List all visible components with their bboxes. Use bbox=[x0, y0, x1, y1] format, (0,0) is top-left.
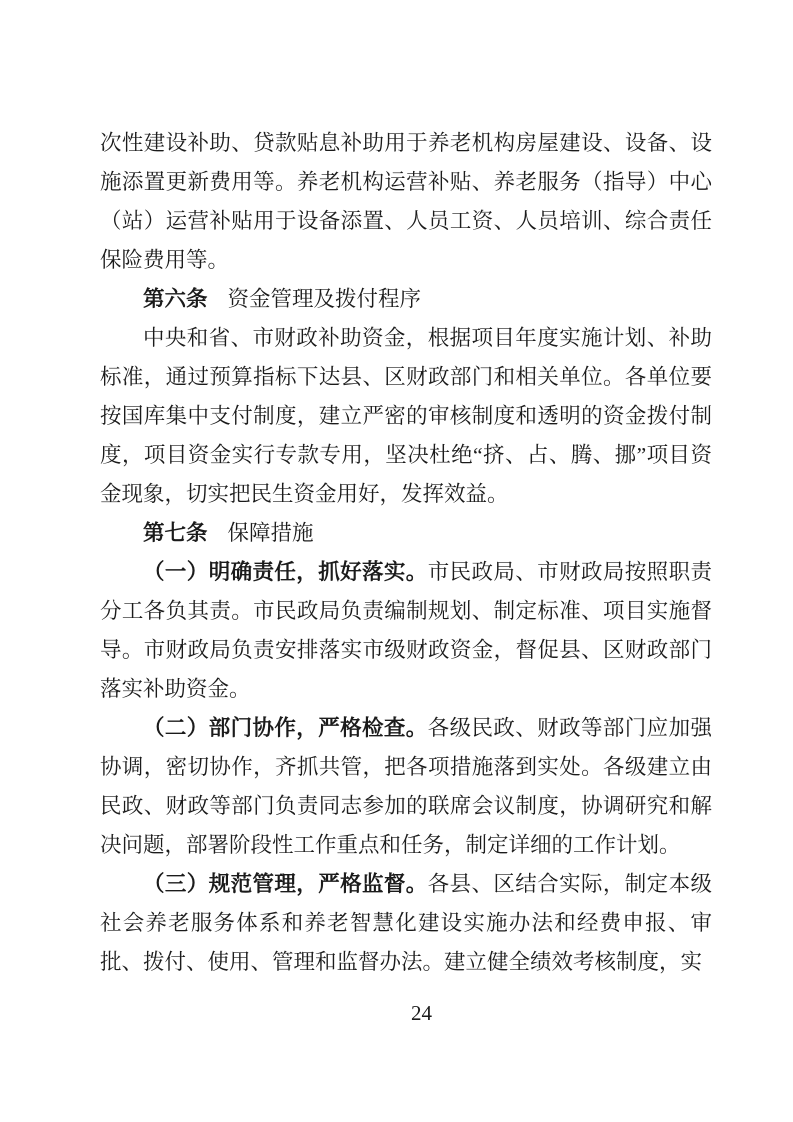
paragraph-text: 保障措施 bbox=[228, 521, 314, 545]
body-paragraph: （二）部门协作，严格检查。各级民政、财政等部门应加强协调，密切协作，齐抓共管，把… bbox=[100, 709, 712, 865]
body-paragraph: 次性建设补助、贷款贴息补助用于养老机构房屋建设、设备、设施添置更新费用等。养老机… bbox=[100, 124, 712, 280]
body-paragraph: （一）明确责任，抓好落实。市民政局、市财政局按照职责分工各负其责。市民政局负责编… bbox=[100, 553, 712, 709]
paragraph-text: 中央和省、市财政补助资金，根据项目年度实施计划、补助标准，通过预算指标下达县、区… bbox=[100, 326, 712, 506]
document-page: 次性建设补助、贷款贴息补助用于养老机构房屋建设、设备、设施添置更新费用等。养老机… bbox=[0, 0, 793, 1122]
body-paragraph: （三）规范管理，严格监督。各县、区结合实际，制定本级社会养老服务体系和养老智慧化… bbox=[100, 865, 712, 982]
paragraph-bold-lead: （三）规范管理，严格监督。 bbox=[143, 872, 428, 896]
paragraph-bold-lead: （二）部门协作，严格检查。 bbox=[143, 716, 428, 740]
heading-paragraph: 第七条保障措施 bbox=[100, 514, 712, 553]
paragraph-bold-lead: 第七条 bbox=[143, 521, 208, 545]
paragraph-text: 资金管理及拨付程序 bbox=[228, 287, 422, 311]
paragraph-text: 次性建设补助、贷款贴息补助用于养老机构房屋建设、设备、设施添置更新费用等。养老机… bbox=[100, 131, 712, 272]
document-body: 次性建设补助、贷款贴息补助用于养老机构房屋建设、设备、设施添置更新费用等。养老机… bbox=[100, 124, 712, 982]
paragraph-bold-lead: （一）明确责任，抓好落实。 bbox=[143, 560, 428, 584]
page-number: 24 bbox=[25, 1001, 793, 1026]
body-paragraph: 中央和省、市财政补助资金，根据项目年度实施计划、补助标准，通过预算指标下达县、区… bbox=[100, 319, 712, 514]
paragraph-bold-lead: 第六条 bbox=[143, 287, 208, 311]
heading-paragraph: 第六条资金管理及拨付程序 bbox=[100, 280, 712, 319]
